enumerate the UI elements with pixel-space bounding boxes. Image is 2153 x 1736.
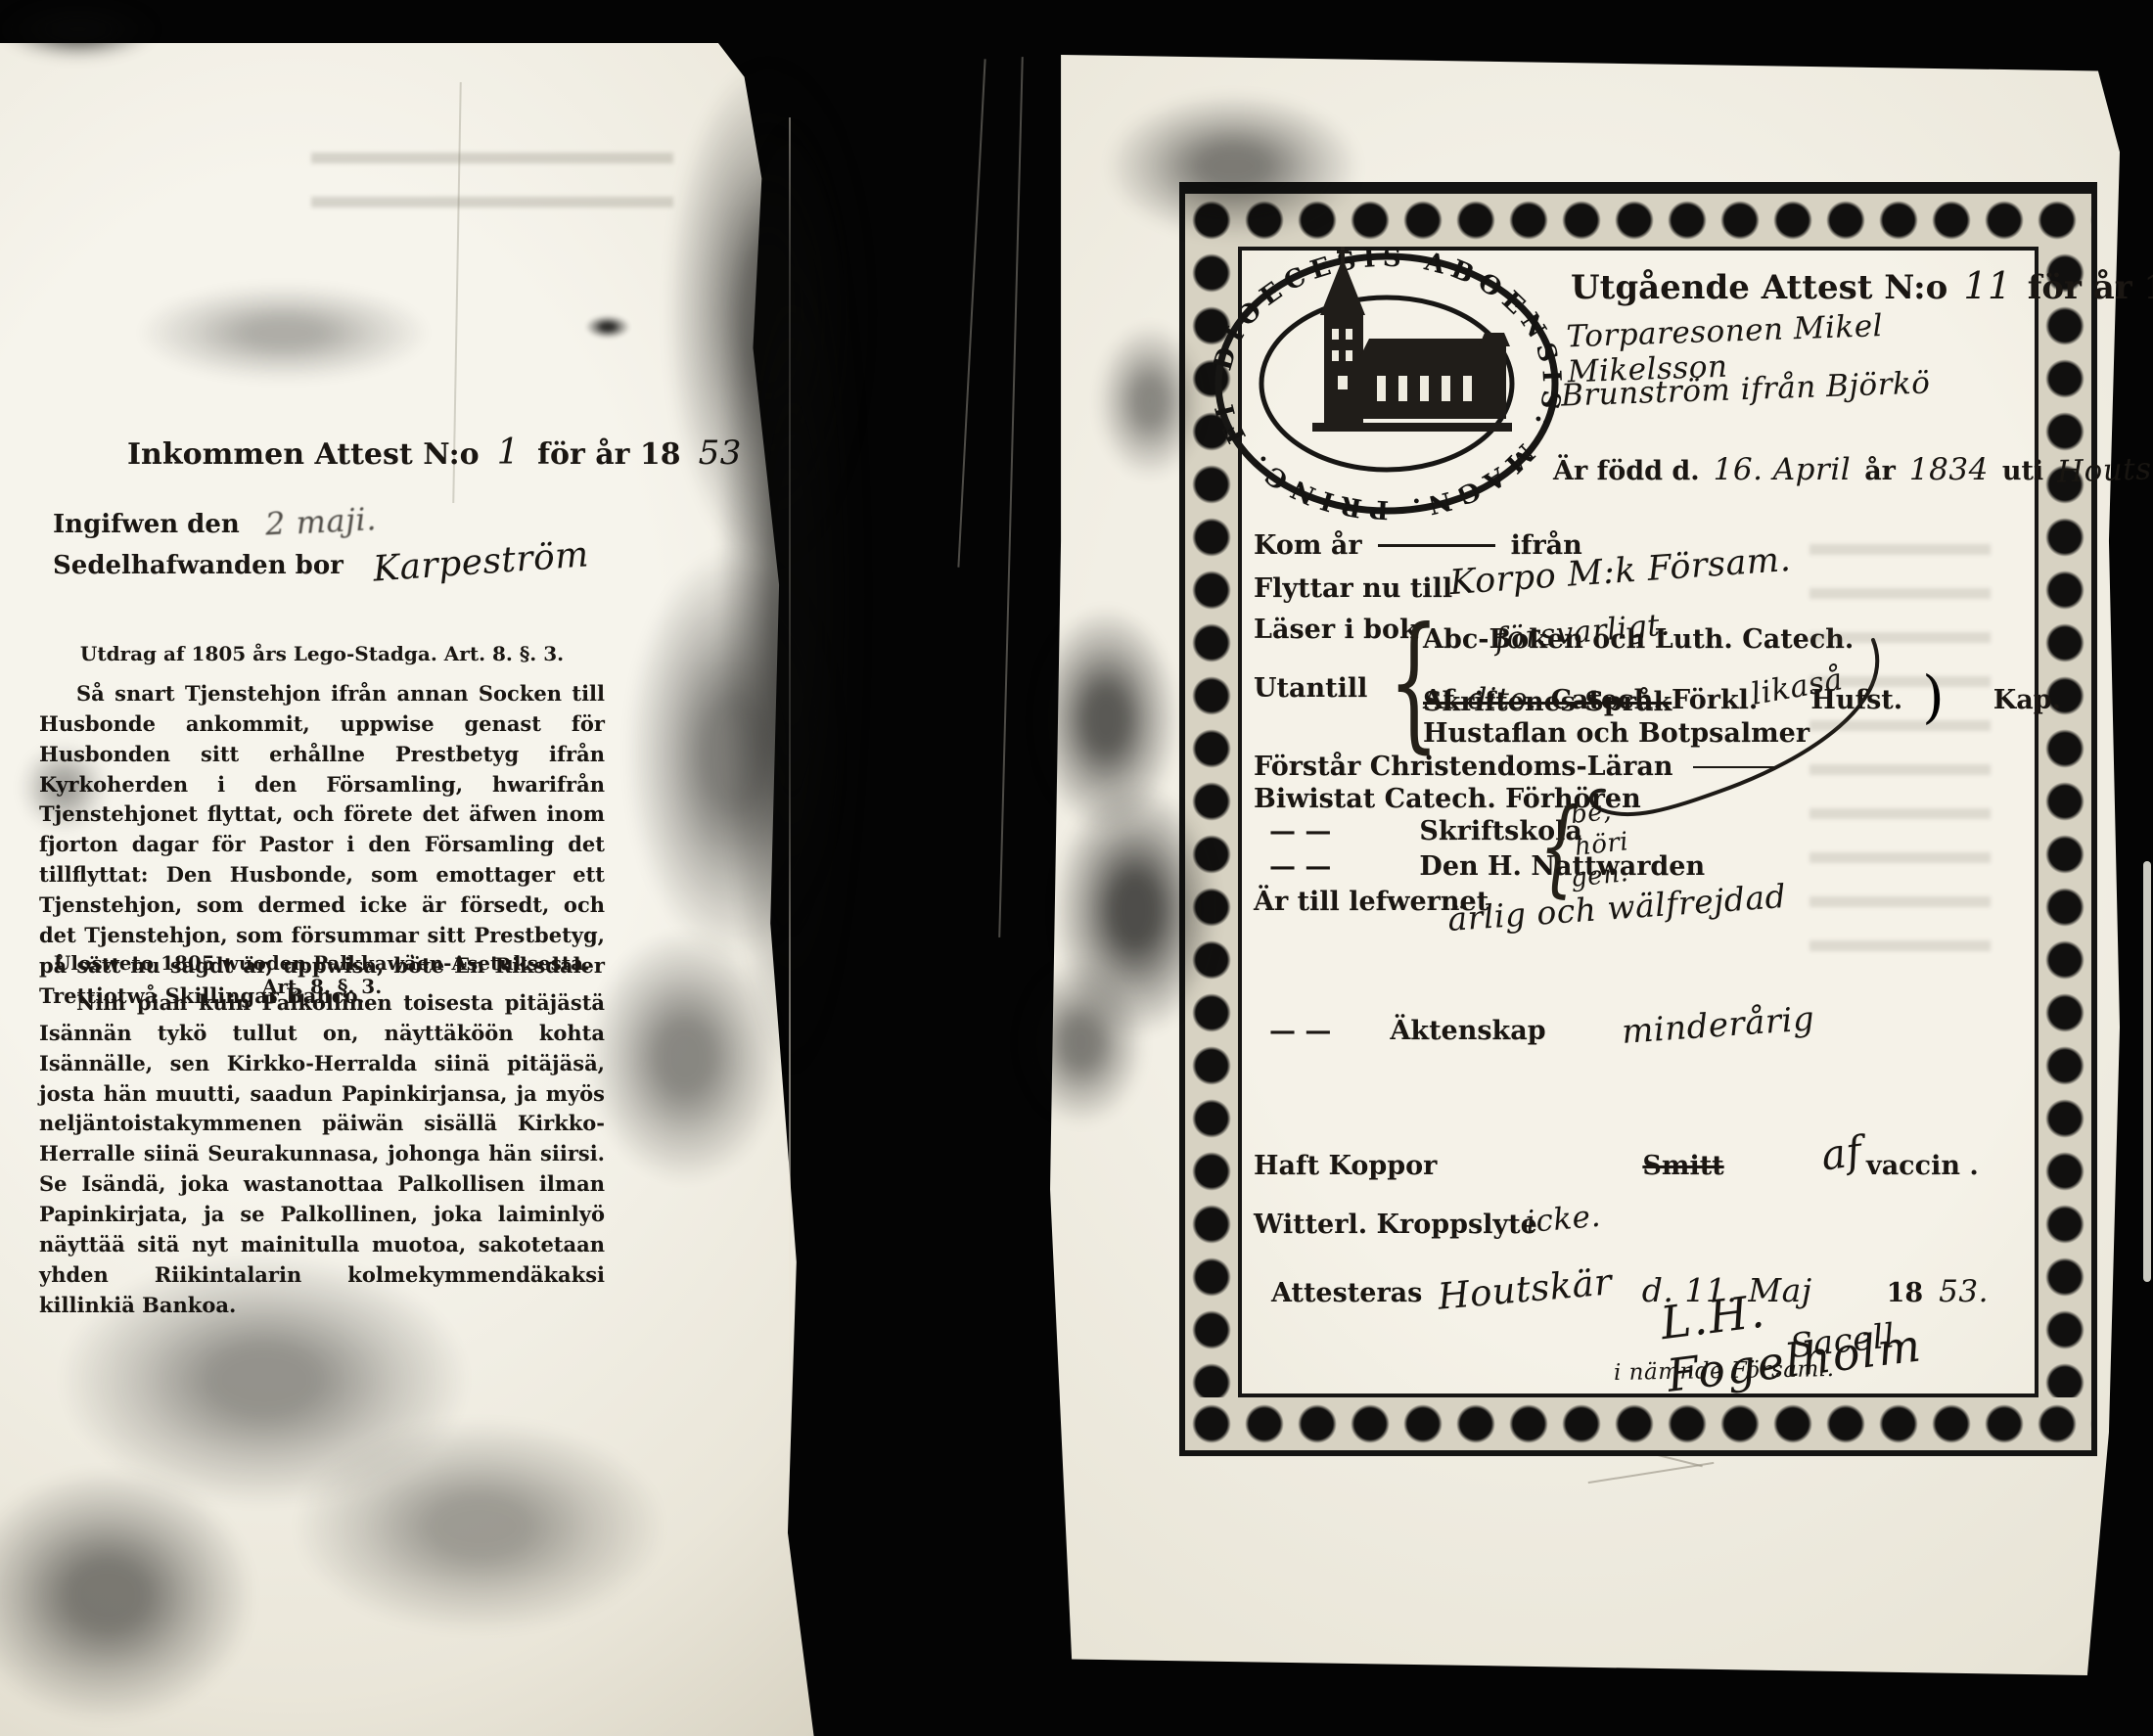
ink-stain xyxy=(1096,323,1204,480)
swedish-statute-heading: Utdrag af 1805 års Lego-Stadga. Art. 8. … xyxy=(39,642,605,665)
nattwarden-row: — — Den H. Nattwarden xyxy=(1269,851,1705,882)
bleed-through-text xyxy=(1809,544,1991,984)
utantill-label: Utantill xyxy=(1254,673,1367,704)
right-attest-number-handwritten: 11 xyxy=(1963,264,2011,307)
behorigen-line1-handwritten: be, xyxy=(1570,797,1614,830)
vaccin-row: vaccin . xyxy=(1866,1151,1979,1181)
left-attest-number-handwritten: 1 xyxy=(497,433,520,473)
rosette-border-bottom xyxy=(1185,1397,2091,1450)
ingifwen-date-handwritten: 2 maji. xyxy=(264,500,378,543)
right-attest-title: Utgående Attest N:o 11 för år 18 53. xyxy=(1571,264,2153,307)
witterl-row: Witterl. Kroppslyte xyxy=(1254,1210,1537,1240)
born-place-handwritten: Houtskär xyxy=(2057,449,2153,489)
bearer-row: Sedelhafwanden bor Karpeström xyxy=(53,542,589,582)
kom-ar-row: Kom år ifrån xyxy=(1254,530,1582,561)
born-year-handwritten: 1834 xyxy=(1909,452,1989,487)
ink-stain xyxy=(0,0,157,59)
smitt-label: Smitt xyxy=(1642,1151,1723,1181)
skriftskola-row: — — Skriftskola xyxy=(1269,816,1582,846)
page-edge xyxy=(957,59,985,567)
right-title-mid: för år 18 xyxy=(2028,268,2153,307)
aktenskap-row: — — Äktenskap xyxy=(1269,1016,1546,1046)
attest-form-frame: DIOECESIS ABOENSIS: MAGN: PRINC: FINL: xyxy=(1179,182,2097,1456)
film-edge-sliver xyxy=(2143,861,2151,1282)
page-edge xyxy=(998,57,1024,937)
diocese-seal: DIOECESIS ABOENSIS: MAGN: PRINC: FINL: xyxy=(1193,229,1584,542)
microfilm-scan: Inkommen Attest N:o 1 för år 18 53 Ingif… xyxy=(0,0,2153,1736)
bleed-through-text xyxy=(311,153,673,229)
attest-label: Attesteras xyxy=(1271,1278,1422,1308)
ink-stain xyxy=(137,284,431,382)
nattwarden-label: Den H. Nattwarden xyxy=(1419,851,1705,882)
born-label: Är född d. xyxy=(1553,456,1700,486)
aktenskap-label: Äktenskap xyxy=(1390,1016,1545,1046)
ditto-dashes: — — xyxy=(1269,851,1331,882)
ink-stain xyxy=(20,744,108,832)
paper-wrinkle xyxy=(1588,1462,1715,1484)
attest-place-handwritten: Houtskär xyxy=(1437,1260,1614,1317)
utantill-item2-kap: Kap. xyxy=(1993,685,2061,715)
born-day-handwritten: 16. April xyxy=(1714,452,1852,487)
koppor-row: Haft Koppor Smitt xyxy=(1254,1151,1724,1181)
forstar-label: Förstår Christendoms-Läran xyxy=(1254,752,1673,782)
ingifwen-row: Ingifwen den 2 maji. xyxy=(53,503,377,540)
witterl-value-handwritten: icke. xyxy=(1525,1199,1603,1241)
ink-stain xyxy=(294,1419,665,1634)
bearer-name-handwritten: Karpeström xyxy=(372,534,590,589)
bearer-label: Sedelhafwanden bor xyxy=(53,551,344,580)
witterl-label: Witterl. Kroppslyte xyxy=(1254,1210,1537,1240)
aktenskap-value-handwritten: minderårig xyxy=(1621,999,1816,1052)
ditto-dashes: — — xyxy=(1269,816,1331,846)
left-title-mid: för år 18 xyxy=(537,437,681,472)
gutter-shadow xyxy=(718,117,865,1076)
right-title-prefix: Utgående Attest N:o xyxy=(1571,268,1947,307)
vaccin-af-handwritten: af xyxy=(1818,1126,1865,1179)
signature-parish-handwritten: i nämnde Församl. xyxy=(1614,1356,1835,1386)
ink-mark xyxy=(585,315,630,339)
born-row: Är född d. 16. April år 1834 uti Houtskä… xyxy=(1553,452,2153,487)
ink-stain xyxy=(1106,93,1360,240)
attest-form: DIOECESIS ABOENSIS: MAGN: PRINC: FINL: xyxy=(1238,247,2038,1397)
ingifwen-label: Ingifwen den xyxy=(53,510,240,539)
born-place-label: uti xyxy=(2002,456,2043,486)
ditto-dashes: — — xyxy=(1269,1016,1331,1046)
vaccin-label: vaccin . xyxy=(1866,1151,1979,1181)
rosette-border-right xyxy=(2038,247,2091,1397)
koppor-label: Haft Koppor xyxy=(1254,1151,1437,1181)
blank-rule xyxy=(1378,544,1495,547)
utantill-row: Utantill xyxy=(1254,673,1367,704)
ink-stain xyxy=(1018,959,1145,1125)
blank-rule xyxy=(1693,766,1777,768)
left-attest-title: Inkommen Attest N:o 1 för år 18 53 xyxy=(127,433,742,473)
left-title-prefix: Inkommen Attest N:o xyxy=(127,437,480,472)
forstar-row: Förstår Christendoms-Läran xyxy=(1254,752,1777,782)
born-year-label: år xyxy=(1864,456,1896,486)
kom-ar-label: Kom år xyxy=(1254,530,1362,561)
